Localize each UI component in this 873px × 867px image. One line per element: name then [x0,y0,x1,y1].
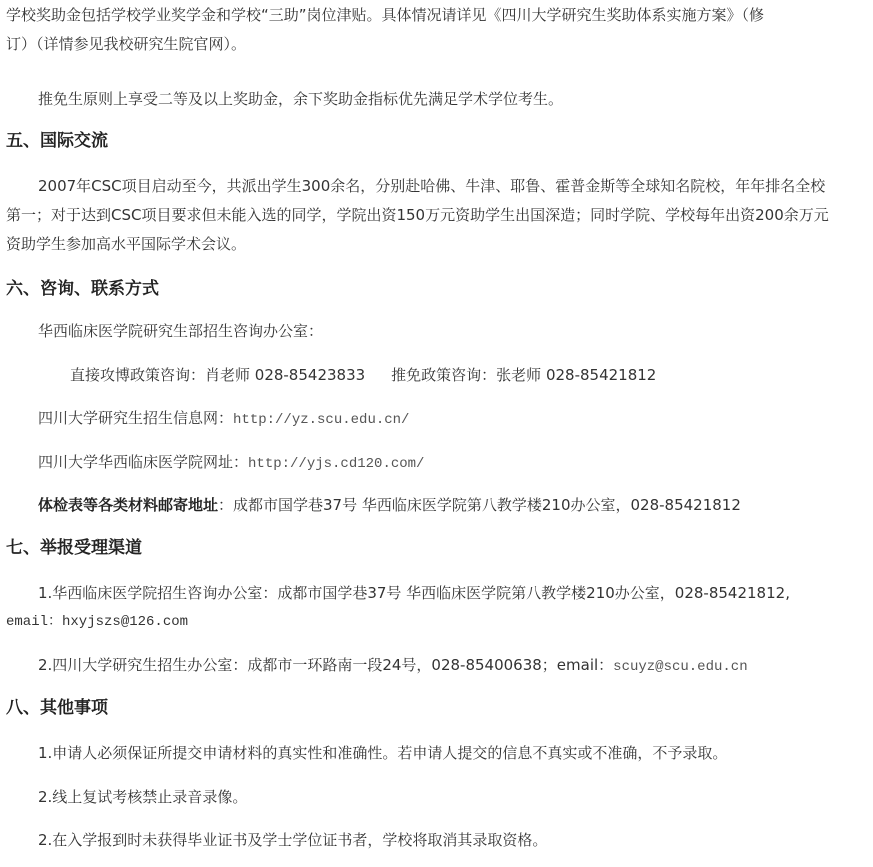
paragraph-csc-line1: 2007年CSC项目启动至今，共派出学生300余名，分别赴哈佛、牛津、耶鲁、霍普… [38,172,825,201]
mailing-address: 体检表等各类材料邮寄地址：成都市国学巷37号 华西临床医学院第八教学楼210办公… [38,491,741,520]
paragraph-csc-line3: 资助学生参加高水平国际学术会议。 [6,230,246,259]
contact-phones: 直接攻博政策咨询：肖老师 028-85423833推免政策咨询：张老师 028-… [70,361,656,390]
site-scu-label: 四川大学研究生招生信息网： [38,409,233,427]
other-matter-1: 1.申请人必须保证所提交申请材料的真实性和准确性。若申请人提交的信息不真实或不准… [38,739,727,768]
site-huaxi: 四川大学华西临床医学院网址：http://yjs.cd120.com/ [38,448,424,479]
report-channel-2-text: 2.四川大学研究生招生办公室：成都市一环路南一段24号，028-85400638… [38,656,613,674]
site-huaxi-link[interactable]: http://yjs.cd120.com/ [248,456,424,472]
heading-international-exchange: 五、国际交流 [6,128,108,154]
paragraph-csc-line2: 第一；对于达到CSC项目要求但未能入选的同学，学院出资150万元资助学生出国深造… [6,201,829,230]
contact-direct-phd: 直接攻博政策咨询：肖老师 028-85423833 [70,366,365,384]
site-scu-admissions: 四川大学研究生招生信息网：http://yz.scu.edu.cn/ [38,404,409,435]
heading-report-channels: 七、举报受理渠道 [6,535,142,561]
mailing-address-value: ：成都市国学巷37号 华西临床医学院第八教学楼210办公室，028-854218… [218,496,741,514]
heading-contact: 六、咨询、联系方式 [6,276,159,302]
mailing-address-label: 体检表等各类材料邮寄地址 [38,496,218,514]
report-channel-2: 2.四川大学研究生招生办公室：成都市一环路南一段24号，028-85400638… [38,651,748,682]
report-channel-2-email-link[interactable]: scuyz@scu.edu.cn [613,659,747,675]
paragraph-recommended-students: 推免生原则上享受二等及以上奖助金，余下奖助金指标优先满足学术学位考生。 [38,85,563,114]
other-matter-2: 2.线上复试考核禁止录音录像。 [38,783,247,812]
contact-recommendation: 推免政策咨询：张老师 028-85421812 [391,366,656,384]
paragraph-scholarship-line1: 学校奖助金包括学校学业奖学金和学校“三助”岗位津贴。具体情况请详见《四川大学研究… [6,1,764,30]
report-channel-1-email: email：hxyjszs@126.com [6,608,188,637]
other-matter-3: 2.在入学报到时未获得毕业证书及学士学位证书者，学校将取消其录取资格。 [38,826,547,855]
report-channel-1-line1: 1.华西临床医学院招生咨询办公室：成都市国学巷37号 华西临床医学院第八教学楼2… [38,579,790,608]
paragraph-scholarship-line2: 订）（详情参见我校研究生院官网）。 [6,30,246,59]
site-huaxi-label: 四川大学华西临床医学院网址： [38,453,248,471]
heading-other-matters: 八、其他事项 [6,695,108,721]
site-scu-link[interactable]: http://yz.scu.edu.cn/ [233,412,409,428]
contact-office: 华西临床医学院研究生部招生咨询办公室： [38,317,323,346]
